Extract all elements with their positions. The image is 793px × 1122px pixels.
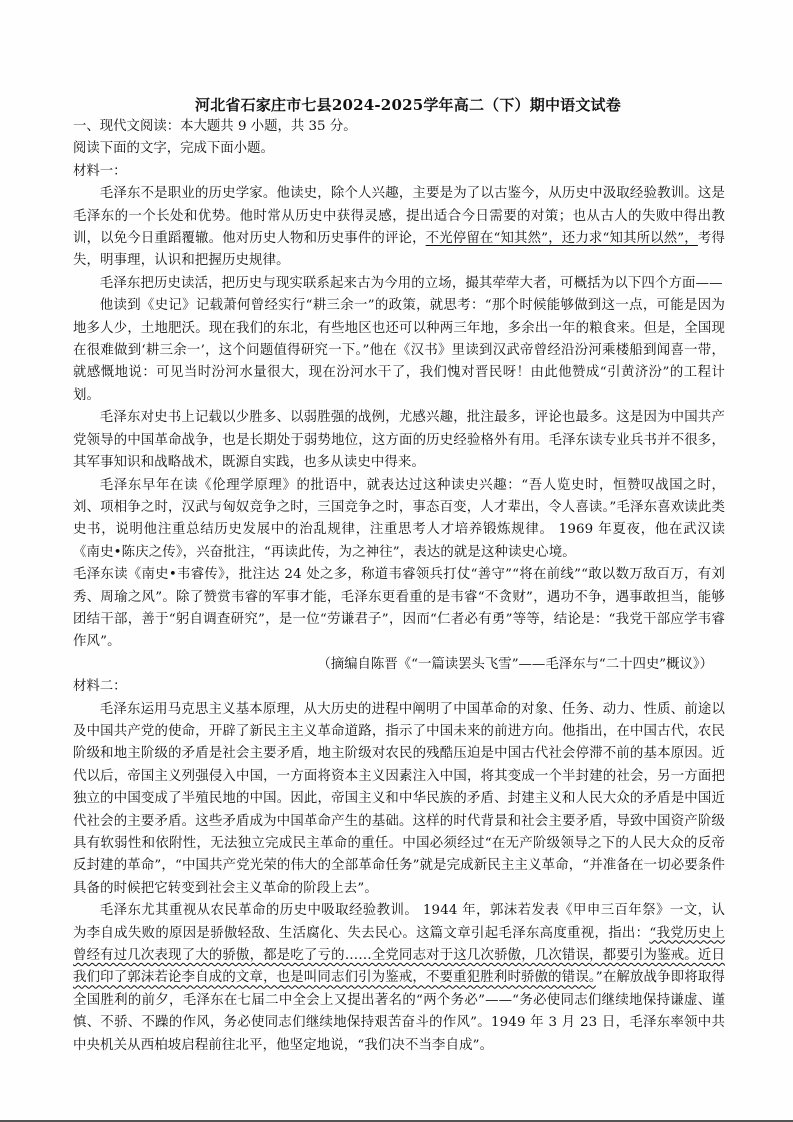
material-one-paragraph-3: 他读到《史记》记载萧何曾经实行“耕三余一”的政策，就思考：“那个时候能够做到这一… [73, 295, 725, 407]
exam-page: 河北省石家庄市七县2024-2025学年高二（下）期中语文试卷 一、现代文阅读：… [73, 94, 725, 1057]
paragraph-text: 毛泽东尤其重视从农民革命的历史中吸取经验教训。 1944 年，郭沫若发表《甲申三… [73, 903, 725, 940]
material-one-paragraph-4: 毛泽东对史书上记载以少胜多、以弱胜强的战例，尤感兴趣，批注最多，评论也最多。这是… [73, 407, 725, 474]
material-one-source: （摘编自陈晋《“一篇读罢头飞雪”——毛泽东与“二十四史”概议》） [73, 654, 725, 676]
material-two-paragraph-1: 毛泽东运用马克思主义基本原理，从大历史的进程中阐明了中国革命的对象、任务、动力、… [73, 699, 725, 901]
material-one-paragraph-1: 毛泽东不是职业的历史学家。他读史，除个人兴趣，主要是为了以古鉴今，从历史中汲取经… [73, 183, 725, 273]
material-one-paragraph-6: 毛泽东读《南史•韦睿传》，批注达 24 处之多，称道韦睿领兵打仗“善守”“将在前… [73, 564, 725, 654]
section-heading: 一、现代文阅读：本大题共 9 小题，共 35 分。 [73, 116, 725, 138]
material-one-paragraph-2: 毛泽东把历史读活，把历史与现实联系起来古为今用的立场，撮其荦荦大者，可概括为以下… [73, 273, 725, 295]
material-two-label: 材料二： [73, 676, 725, 698]
underlined-passage: 不光停留在“知其然”，还力求“知其所以然”， [426, 231, 698, 246]
exam-title: 河北省石家庄市七县2024-2025学年高二（下）期中语文试卷 [91, 94, 725, 116]
material-two-paragraph-2: 毛泽东尤其重视从农民革命的历史中吸取经验教训。 1944 年，郭沫若发表《甲申三… [73, 900, 725, 1057]
material-one-label: 材料一： [73, 161, 725, 183]
material-one-paragraph-5: 毛泽东早年在读《伦理学原理》的批语中，就表达过这种读史兴趣：“吾人览史时，恒赞叹… [73, 475, 725, 565]
reading-instruction: 阅读下面的文字，完成下面小题。 [73, 138, 725, 160]
